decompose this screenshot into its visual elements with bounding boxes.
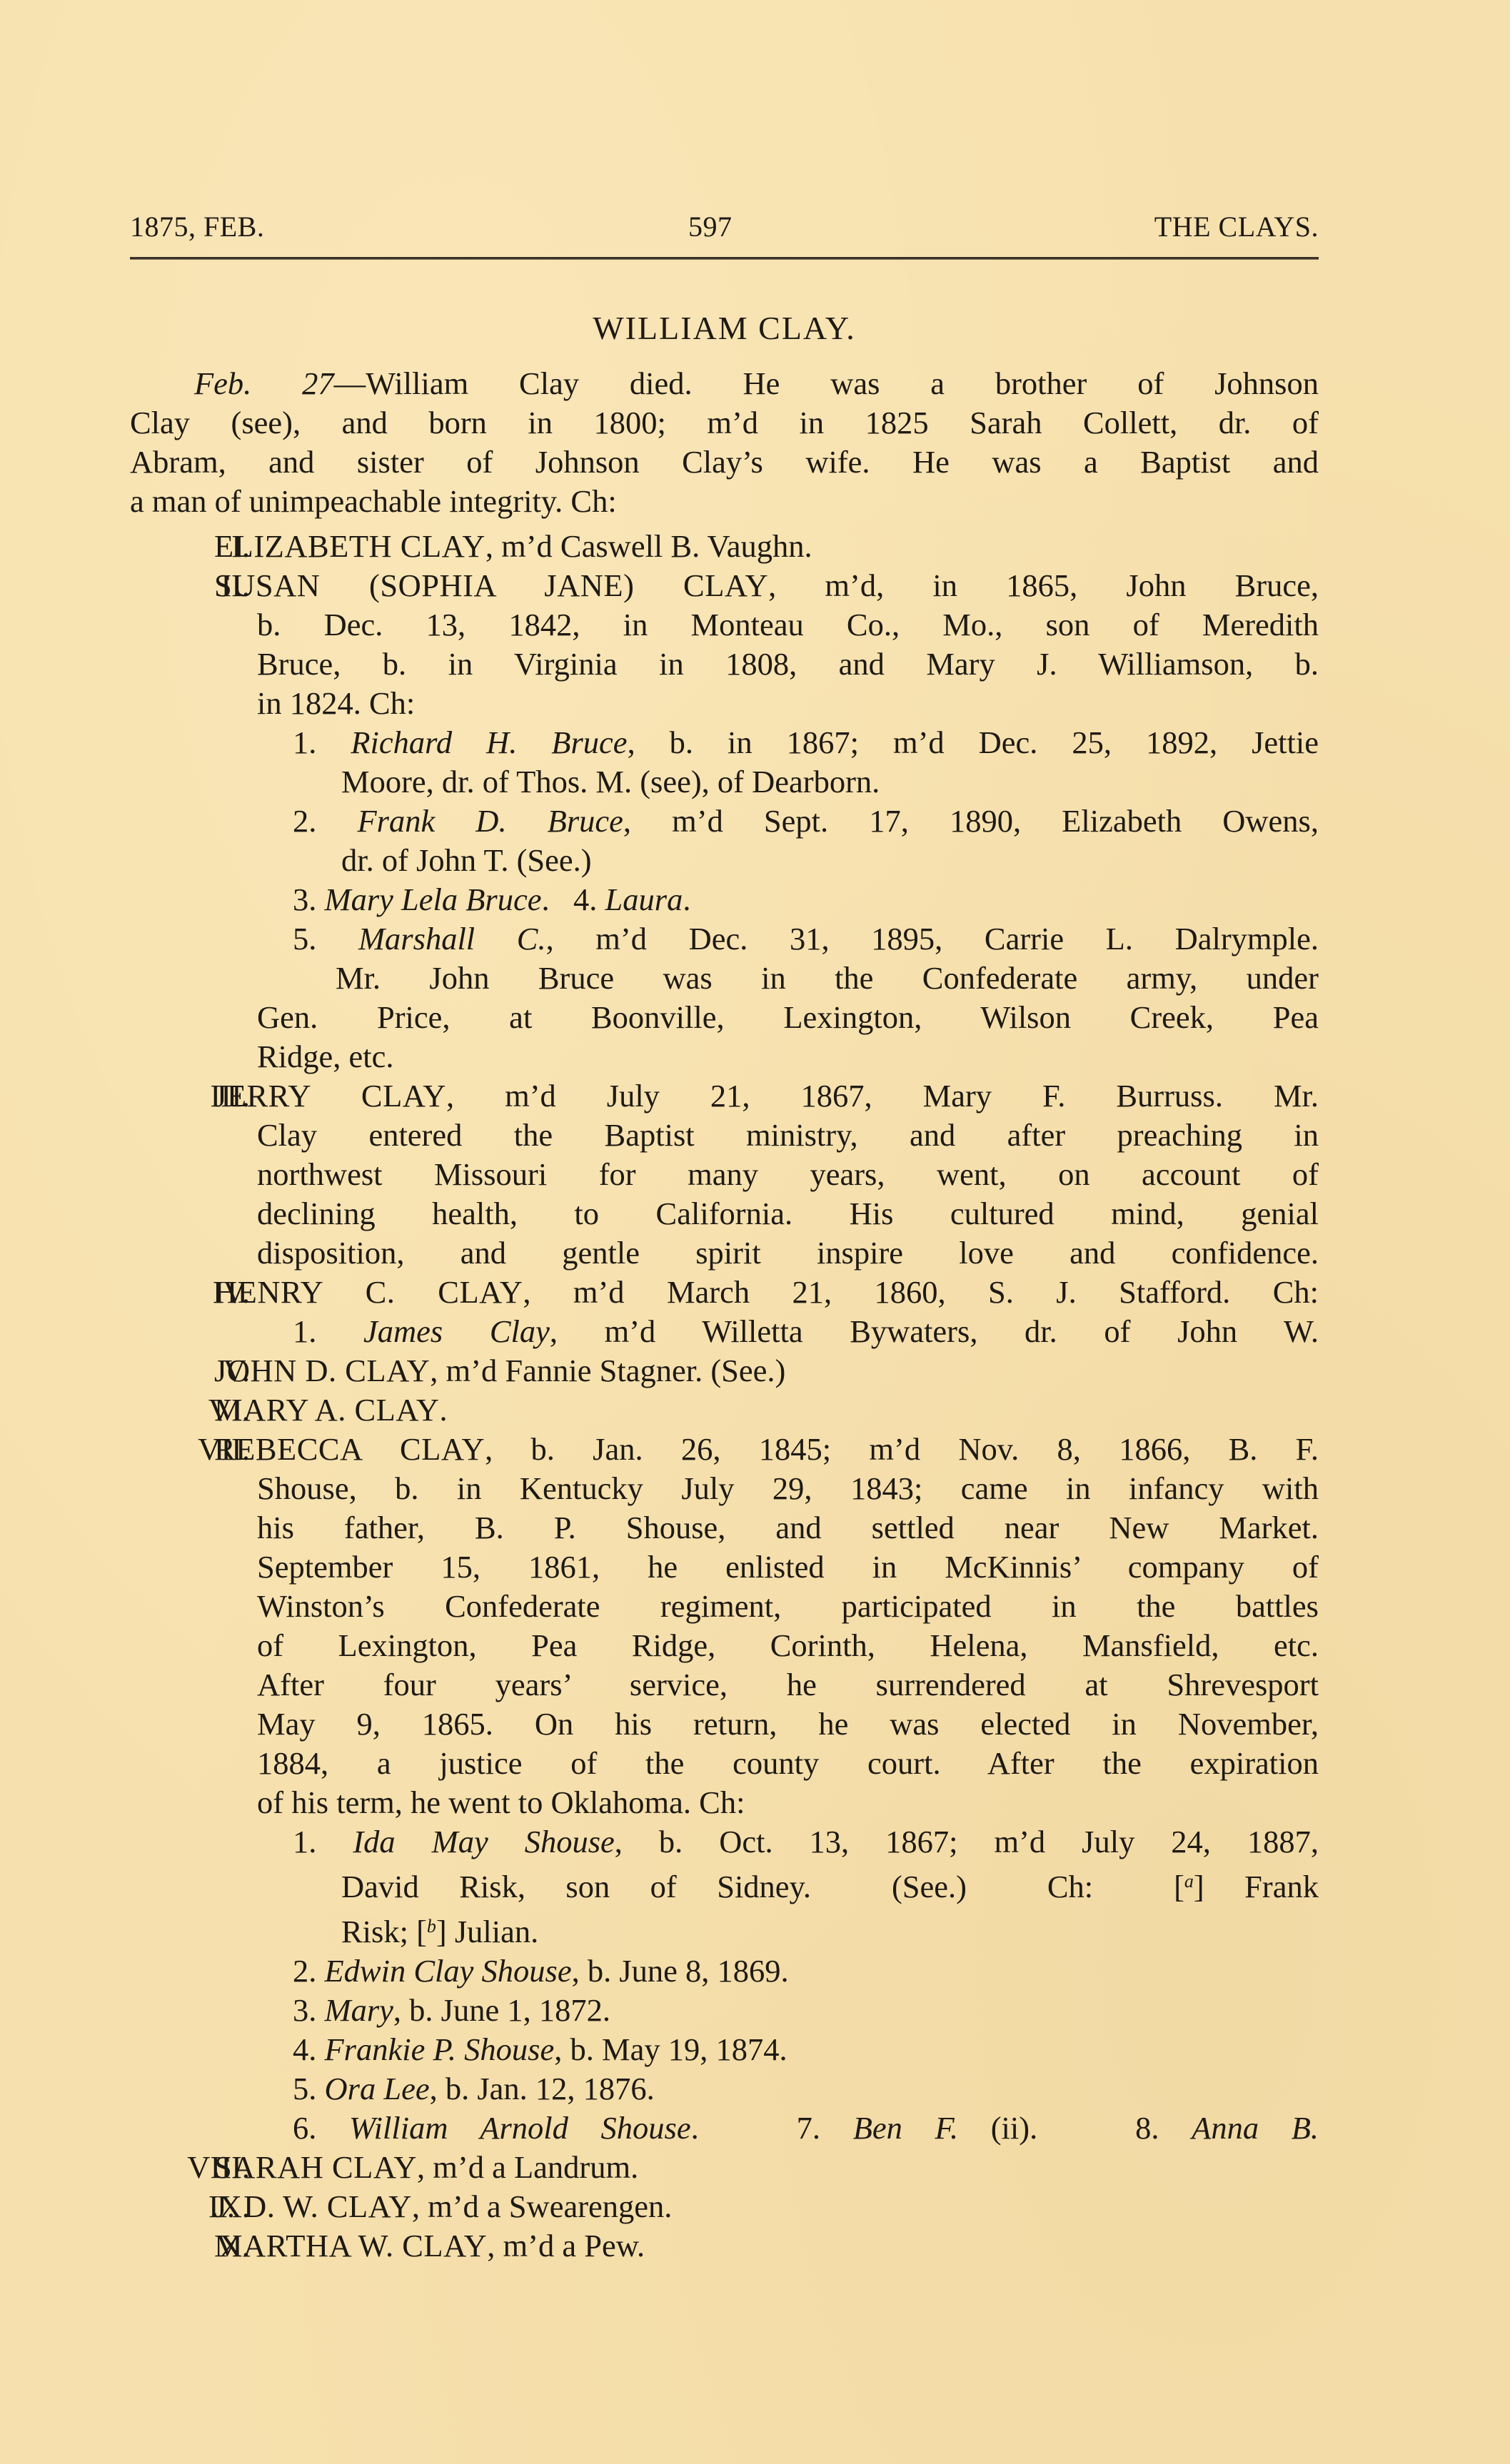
grandchild-entry: 2. Frank D. Bruce, m’d Sept. 17, 1890, E… <box>130 802 1319 880</box>
body-text: Feb. 27—William Clay died. He was a brot… <box>130 364 1319 2266</box>
text-line: Winston’s Confederate regiment, particip… <box>257 1587 1319 1626</box>
text-line: SARAH CLAY, m’d a Landrum. <box>214 2148 1319 2187</box>
child-entry-ix: IX. J. D. W. CLAY, m’d a Swearengen. <box>130 2187 1319 2226</box>
grandchild-name: Edwin Clay Shouse <box>325 1953 572 1989</box>
grandchild-entry: 6. William Arnold Shouse. 7. Ben F. (ii)… <box>130 2109 1319 2148</box>
grandchild-name: William Arnold Shouse <box>349 2110 691 2146</box>
text-line: Ridge, etc. <box>257 1037 1319 1076</box>
child-entry-ii: II. SUSAN (SOPHIA JANE) CLAY, m’d, in 18… <box>130 566 1319 723</box>
footnote-marker: a <box>1184 1871 1194 1892</box>
text-line: Shouse, b. in Kentucky July 29, 1843; ca… <box>257 1469 1319 1508</box>
grandchild-entry: 5. Marshall C., m’d Dec. 31, 1895, Carri… <box>130 919 1319 959</box>
text-line: JERRY CLAY, m’d July 21, 1867, Mary F. B… <box>214 1076 1319 1116</box>
text-line: MARTHA W. CLAY, m’d a Pew. <box>214 2226 1319 2266</box>
roman-numeral: X. <box>219 2226 250 2266</box>
text-line: HENRY C. CLAY, m’d March 21, 1860, S. J.… <box>214 1273 1319 1312</box>
text-line: 4. Frankie P. Shouse, b. May 19, 1874. <box>293 2030 1319 2069</box>
grandchild-entry: 1. Richard H. Bruce, b. in 1867; m’d Dec… <box>130 723 1319 802</box>
entry-date: Feb. 27 <box>194 365 334 401</box>
text-line: September 15, 1861, he enlisted in McKin… <box>257 1547 1319 1587</box>
text-line: in 1824. Ch: <box>257 684 1319 723</box>
text-line: of his term, he went to Oklahoma. Ch: <box>257 1783 1319 1822</box>
child-name: HENRY C. CLAY <box>214 1274 523 1310</box>
text-line: Clay entered the Baptist ministry, and a… <box>257 1116 1319 1155</box>
roman-numeral: VI. <box>208 1390 250 1430</box>
header-rule <box>130 257 1319 260</box>
child-entry-v: V. JOHN D. CLAY, m’d Fannie Stagner. (Se… <box>130 1351 1319 1390</box>
text-line: Clay (see), and born in 1800; m’d in 182… <box>130 403 1319 443</box>
child-entry-vi: VI. MARY A. CLAY. <box>130 1390 1319 1430</box>
grandchild-name: Laura <box>605 882 683 917</box>
grandchild-name: Anna B. <box>1192 2110 1319 2146</box>
text-line: b. Dec. 13, 1842, in Monteau Co., Mo., s… <box>257 605 1319 645</box>
child-entry-viii: VIII. SARAH CLAY, m’d a Landrum. <box>130 2148 1319 2187</box>
intro-paragraph: Feb. 27—William Clay died. He was a brot… <box>130 364 1319 403</box>
running-head-date: 1875, FEB. <box>130 207 264 247</box>
roman-numeral: IX. <box>208 2187 250 2226</box>
roman-numeral: I. <box>231 527 250 566</box>
running-head-title: THE CLAYS. <box>1154 207 1319 247</box>
child-entry-iv: IV. HENRY C. CLAY, m’d March 21, 1860, S… <box>130 1273 1319 1312</box>
text-line: 1. Richard H. Bruce, b. in 1867; m’d Dec… <box>293 723 1319 762</box>
grandchild-entry: 3. Mary, b. June 1, 1872. <box>130 1991 1319 2030</box>
grandchild-name: Marshall C. <box>358 921 546 956</box>
text-line: declining health, to California. His cul… <box>257 1194 1319 1233</box>
text-line: disposition, and gentle spirit inspire l… <box>257 1233 1319 1273</box>
roman-numeral: VIII. <box>187 2148 250 2187</box>
text-line: David Risk, son of Sidney. (See.) Ch: [a… <box>341 1862 1319 1907</box>
text-line: 1884, a justice of the county court. Aft… <box>257 1744 1319 1783</box>
page-number: 597 <box>688 207 733 247</box>
text-line: 6. William Arnold Shouse. 7. Ben F. (ii)… <box>293 2109 1319 2148</box>
grandchild-name: James Clay <box>363 1313 550 1349</box>
text-line: 2. Edwin Clay Shouse, b. June 8, 1869. <box>293 1951 1319 1991</box>
text-line: JOHN D. CLAY, m’d Fannie Stagner. (See.) <box>214 1351 1319 1390</box>
grandchild-name: Richard H. Bruce <box>351 724 627 760</box>
roman-numeral: VII. <box>198 1430 250 1469</box>
text-line: Gen. Price, at Boonville, Lexington, Wil… <box>257 998 1319 1037</box>
text-line: northwest Missouri for many years, went,… <box>257 1155 1319 1194</box>
text-line: SUSAN (SOPHIA JANE) CLAY, m’d, in 1865, … <box>214 566 1319 605</box>
text-line: 1. James Clay, m’d Willetta Bywaters, dr… <box>293 1312 1319 1351</box>
child-entry-iii: III. JERRY CLAY, m’d July 21, 1867, Mary… <box>130 1076 1319 1273</box>
grandchild-entry: 5. Ora Lee, b. Jan. 12, 1876. <box>130 2069 1319 2109</box>
child-entry-i: I. ELIZABETH CLAY, m’d Caswell B. Vaughn… <box>130 527 1319 566</box>
roman-numeral: III. <box>210 1076 250 1116</box>
text-line: Feb. 27—William Clay died. He was a brot… <box>130 364 1319 403</box>
text-line: 3. Mary Lela Bruce. 4. Laura. <box>293 880 1319 919</box>
text-line: 3. Mary, b. June 1, 1872. <box>293 1991 1319 2030</box>
text-line: MARY A. CLAY. <box>214 1390 1319 1430</box>
text-line: dr. of John T. (See.) <box>341 841 1319 880</box>
child-name: SUSAN (SOPHIA JANE) CLAY <box>214 567 768 603</box>
grandchild-entry: 3. Mary Lela Bruce. 4. Laura. <box>130 880 1319 919</box>
grandchild-entry: 1. Ida May Shouse, b. Oct. 13, 1867; m’d… <box>130 1822 1319 1951</box>
grandchild-entry: 1. James Clay, m’d Willetta Bywaters, dr… <box>130 1312 1319 1351</box>
book-page: 1875, FEB. 597 THE CLAYS. WILLIAM CLAY. … <box>130 207 1319 2266</box>
grandchild-name: Ben F. <box>853 2110 958 2146</box>
text-line: After four years’ service, he surrendere… <box>257 1665 1319 1705</box>
text-line: Risk; [b] Julian. <box>341 1907 1319 1951</box>
text-line: J. D. W. CLAY, m’d a Swearengen. <box>214 2187 1319 2226</box>
child-name: ELIZABETH CLAY <box>214 528 485 564</box>
text-line: his father, B. P. Shouse, and settled ne… <box>257 1508 1319 1547</box>
text-line: ELIZABETH CLAY, m’d Caswell B. Vaughn. <box>214 527 1319 566</box>
roman-numeral: IV. <box>213 1273 250 1312</box>
text-line: a man of unimpeachable integrity. Ch: <box>130 482 1319 521</box>
section-title: WILLIAM CLAY. <box>130 307 1319 350</box>
text-line: 5. Ora Lee, b. Jan. 12, 1876. <box>293 2069 1319 2109</box>
text-line: Abram, and sister of Johnson Clay’s wife… <box>130 443 1319 482</box>
text-line: of Lexington, Pea Ridge, Corinth, Helena… <box>257 1626 1319 1665</box>
text-line: 1. Ida May Shouse, b. Oct. 13, 1867; m’d… <box>293 1822 1319 1862</box>
text-line: Moore, dr. of Thos. M. (see), of Dearbor… <box>341 762 1319 802</box>
text-line: 5. Marshall C., m’d Dec. 31, 1895, Carri… <box>293 919 1319 959</box>
grandchild-name: Frank D. Bruce <box>357 803 623 839</box>
intro-continuation: Clay (see), and born in 1800; m’d in 182… <box>130 403 1319 521</box>
footnote-marker: b <box>427 1916 436 1937</box>
child-entry-vii: VII. REBECCA CLAY, b. Jan. 26, 1845; m’d… <box>130 1430 1319 1822</box>
grandchild-name: Ora Lee <box>325 2071 430 2106</box>
grandchild-name: Ida May Shouse <box>353 1824 614 1859</box>
text-line: Bruce, b. in Virginia in 1808, and Mary … <box>257 645 1319 684</box>
roman-numeral: II. <box>221 566 250 605</box>
running-head: 1875, FEB. 597 THE CLAYS. <box>130 207 1319 247</box>
child-name: MARTHA W. CLAY <box>214 2228 487 2263</box>
text-line: May 9, 1865. On his return, he was elect… <box>257 1705 1319 1744</box>
bruce-note: Mr. John Bruce was in the Confederate ar… <box>130 959 1319 1076</box>
roman-numeral: V. <box>223 1351 250 1390</box>
grandchild-name: Frankie P. Shouse <box>325 2031 555 2067</box>
text-line: REBECCA CLAY, b. Jan. 26, 1845; m’d Nov.… <box>214 1430 1319 1469</box>
grandchild-name: Mary <box>325 1992 393 2028</box>
child-entry-x: X. MARTHA W. CLAY, m’d a Pew. <box>130 2226 1319 2266</box>
grandchild-entry: 4. Frankie P. Shouse, b. May 19, 1874. <box>130 2030 1319 2069</box>
grandchild-name: Mary Lela Bruce <box>325 882 542 917</box>
text-line: Mr. John Bruce was in the Confederate ar… <box>293 959 1319 998</box>
grandchild-entry: 2. Edwin Clay Shouse, b. June 8, 1869. <box>130 1951 1319 1991</box>
text-line: 2. Frank D. Bruce, m’d Sept. 17, 1890, E… <box>293 802 1319 841</box>
child-name: REBECCA CLAY <box>214 1431 485 1467</box>
